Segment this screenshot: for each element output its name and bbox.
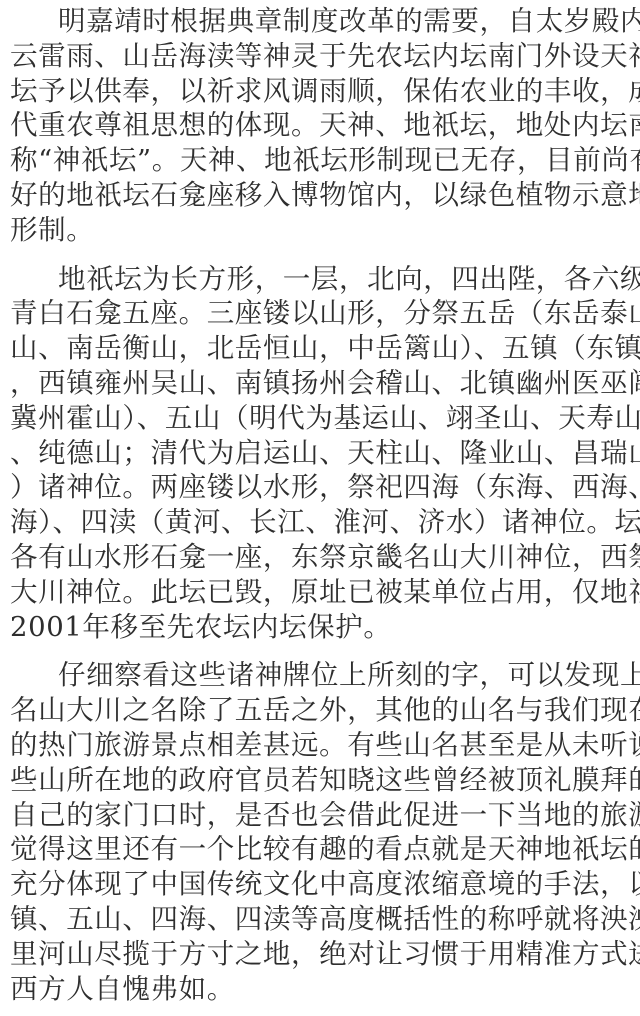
text-line: 明嘉靖时根据典章制度改革的需要，自太岁殿内移出的风 — [10, 4, 634, 39]
text-line: 些山所在地的政府官员若知晓这些曾经被顶礼膜拜的山峦就在 — [10, 763, 634, 798]
text-line: 充分体现了中国传统文化中高度浓缩意境的手法，以五岳、五 — [10, 867, 634, 902]
text-line: 、纯德山；清代为启运山、天柱山、隆业山、昌瑞山、永宁山 — [10, 436, 634, 471]
text-line: 西方人自愧弗如。 — [10, 972, 634, 1007]
text-line: 坛予以供奉，以祈求风调雨顺，保佑农业的丰收，成为中国古 — [10, 74, 634, 109]
text-line: 海）、四渎（黄河、长江、淮河、济水）诸神位。坛之东、西 — [10, 505, 634, 540]
text-line: 云雷雨、山岳海渎等神灵于先农坛内坛南门外设天神坛、地祇 — [10, 39, 634, 74]
paragraph-2: 地祇坛为长方形，一层，北向，四出陛，各六级。坛南设 青白石龛五座。三座镂以山形，… — [10, 262, 634, 645]
text-line: 仔细察看这些诸神牌位上所刻的字，可以发现上面所列的 — [10, 658, 634, 693]
text-line: 地祇坛为长方形，一层，北向，四出陛，各六级。坛南设 — [10, 262, 634, 297]
text-line: 觉得这里还有一个比较有趣的看点就是天神地祇坛的牌位设置 — [10, 832, 634, 867]
paragraph-1: 明嘉靖时根据典章制度改革的需要，自太岁殿内移出的风 云雷雨、山岳海渎等神灵于先农… — [10, 4, 634, 248]
text-line: 大川神位。此坛已毁，原址已被某单位占用，仅地祇坛神龛于 — [10, 575, 634, 610]
text-line: 青白石龛五座。三座镂以山形，分祭五岳（东岳泰山、西岳华 — [10, 296, 634, 331]
text-line: 2001年移至先农坛内坛保护。 — [10, 610, 634, 645]
text-line: 自己的家门口时，是否也会借此促进一下当地的旅游开发？我 — [10, 798, 634, 833]
text-line: 名山大川之名除了五岳之外，其他的山名与我们现在比较熟悉 — [10, 693, 634, 728]
document-page: 明嘉靖时根据典章制度改革的需要，自太岁殿内移出的风 云雷雨、山岳海渎等神灵于先农… — [10, 4, 634, 1016]
text-line: 代重农尊祖思想的体现。天神、地祇坛，地处内坛南门外，合 — [10, 108, 634, 143]
text-line: ，西镇雍州吴山、南镇扬州会稽山、北镇幽州医巫闾山、中镇 — [10, 366, 634, 401]
text-line: ）诸神位。两座镂以水形，祭祀四海（东海、西海、南海、北 — [10, 470, 634, 505]
text-line: 的热门旅游景点相差甚远。有些山名甚至是从未听说，不知这 — [10, 728, 634, 763]
paragraph-3: 仔细察看这些诸神牌位上所刻的字，可以发现上面所列的 名山大川之名除了五岳之外，其… — [10, 658, 634, 1006]
text-line: 称“神祇坛”。天神、地祇坛形制现已无存，目前尚有保存完 — [10, 143, 634, 178]
text-line: 各有山水形石龛一座，东祭京畿名山大川神位，西祭天下名山 — [10, 540, 634, 575]
text-line: 里河山尽揽于方寸之地，绝对让习惯于用精准方式进行描述的 — [10, 937, 634, 972]
text-line: 好的地祇坛石龛座移入博物馆内，以绿色植物示意地祇坛原有 — [10, 178, 634, 213]
text-line: 山、南岳衡山，北岳恒山，中岳篱山）、五镇（东镇青州沂山 — [10, 331, 634, 366]
text-line: 镇、五山、四海、四渎等高度概括性的称呼就将泱泱大国的万 — [10, 902, 634, 937]
text-line: 形制。 — [10, 213, 634, 248]
text-line: 冀州霍山）、五山（明代为基运山、翊圣山、天寿山、神烈山 — [10, 401, 634, 436]
